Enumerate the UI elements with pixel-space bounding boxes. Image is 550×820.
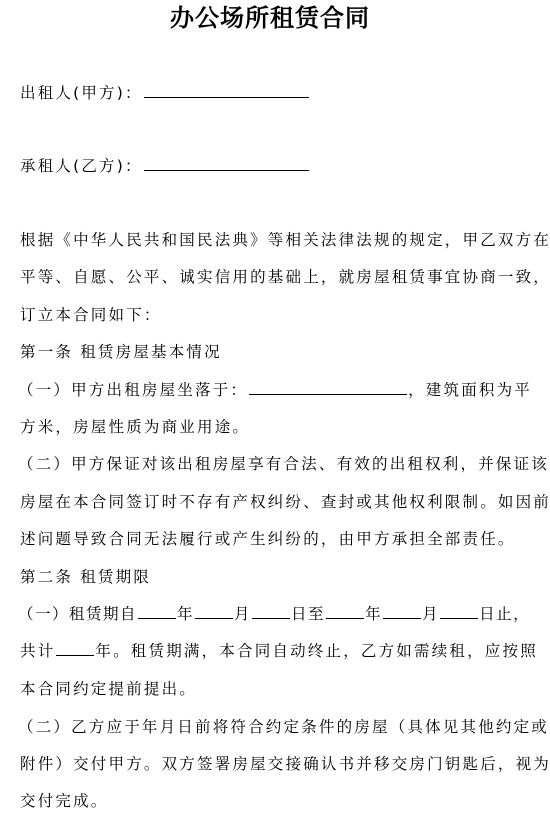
clause-text: （一）甲方出租房屋坐落于： (18, 381, 248, 399)
article1-heading: 第一条 租赁房屋基本情况 (20, 341, 530, 363)
clause-text: 共计 (20, 642, 55, 660)
start-month-blank[interactable] (195, 604, 233, 619)
end-year-blank[interactable] (326, 604, 364, 619)
clause-text: 年 (365, 605, 382, 623)
clause-text: 年 (177, 605, 194, 623)
clause-text: 月 (422, 605, 439, 623)
preamble-line-3: 订立本合同如下： (20, 304, 530, 326)
clause-text: ，建筑面积为平 (408, 381, 532, 399)
article2-heading: 第二条 租赁期限 (20, 566, 530, 588)
clause-text: （一）租赁期自 (18, 605, 137, 623)
article2-clause2-line1: （二）乙方应于年月日前将符合约定条件的房屋（具体见其他约定或 (18, 716, 528, 738)
article2-clause1-line2: 共计年。租赁期满，本合同自动终止，乙方如需续租，应按照 (20, 640, 530, 662)
lessor-line: 出租人(甲方)： (20, 82, 530, 104)
article1-clause1-line1: （一）甲方出租房屋坐落于：，建筑面积为平 (18, 379, 528, 401)
preamble-line-1: 根据《中华人民共和国民法典》等相关法律法规的规定，甲乙双方在 (20, 229, 530, 251)
end-month-blank[interactable] (383, 604, 421, 619)
article2-clause2-line2: 附件）交付甲方。双方签署房屋交接确认书并移交房门钥匙后，视为 (20, 753, 530, 775)
start-day-blank[interactable] (252, 604, 290, 619)
article2-clause1-line3: 本合同约定提前提出。 (20, 678, 530, 700)
article2-clause1-line1: （一）租赁期自年月日至年月日止， (18, 603, 528, 625)
lessor-label: 出租人(甲方)： (20, 84, 143, 102)
end-day-blank[interactable] (440, 604, 478, 619)
lessee-blank-field[interactable] (144, 156, 309, 171)
clause-text: 年。租赁期满，本合同自动终止，乙方如需续租，应按照 (95, 642, 538, 660)
lessee-line: 承租人(乙方)： (20, 155, 530, 177)
article1-clause1-line2: 方米，房屋性质为商业用途。 (20, 416, 530, 438)
start-year-blank[interactable] (138, 604, 176, 619)
total-years-blank[interactable] (56, 641, 94, 656)
document-title: 办公场所租赁合同 (0, 2, 540, 34)
lessor-blank-field[interactable] (144, 83, 309, 98)
clause-text: 日至 (291, 605, 325, 623)
article1-clause2-line3: 述问题导致合同无法履行或产生纠纷的，由甲方承担全部责任。 (20, 528, 530, 550)
article1-clause2-line2: 房屋在本合同签订时不存有产权纠纷、查封或其他权利限制。如因前 (20, 491, 530, 513)
article2-clause2-line3: 交付完成。 (20, 790, 530, 812)
article1-clause2-line1: （二）甲方保证对该出租房屋享有合法、有效的出租权利，并保证该 (18, 453, 528, 475)
lessee-label: 承租人(乙方)： (20, 157, 143, 175)
clause-text: 月 (234, 605, 251, 623)
preamble-line-2: 平等、自愿、公平、诚实信用的基础上，就房屋租赁事宜协商一致， (20, 266, 530, 288)
location-blank-field[interactable] (249, 380, 407, 395)
clause-text: 日止， (479, 605, 530, 623)
